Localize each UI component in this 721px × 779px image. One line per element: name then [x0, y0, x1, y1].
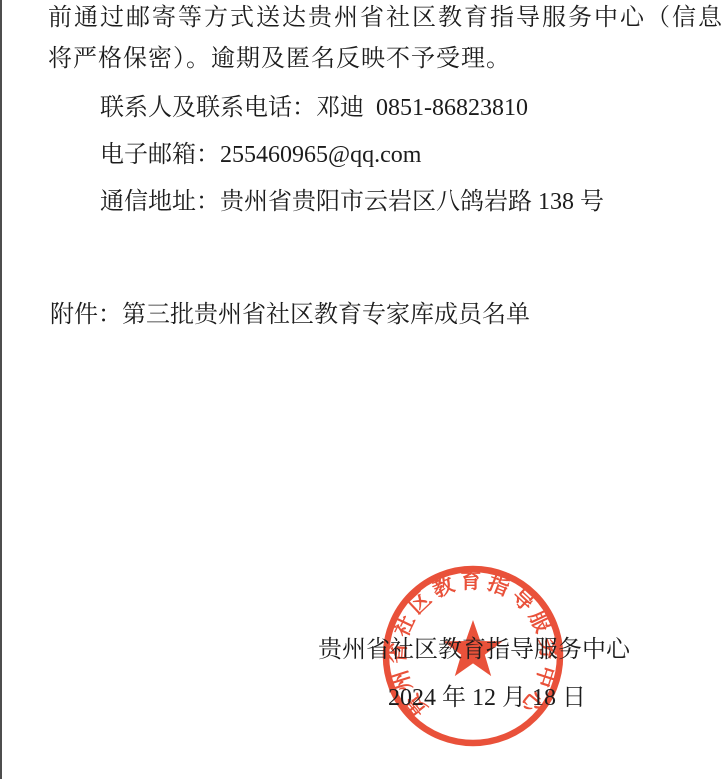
page-edge-line	[0, 0, 2, 779]
signature-date-line: 2024 年 12 月 18 日	[388, 685, 586, 713]
signature-org-line: 贵州省社区教育指导服务中心	[318, 637, 630, 665]
intro-line-2: 将严格保密）。逾期及匿名反映不予受理。	[48, 46, 511, 74]
attachment-line: 附件：第三批贵州省社区教育专家库成员名单	[50, 302, 530, 330]
intro-line-1: 前通过邮寄等方式送达贵州省社区教育指导服务中心（信息	[48, 5, 721, 33]
document-page: 前通过邮寄等方式送达贵州省社区教育指导服务中心（信息 将严格保密）。逾期及匿名反…	[0, 0, 721, 779]
contact-address-line: 通信地址：贵州省贵阳市云岩区八鸽岩路 138 号	[100, 189, 604, 217]
contact-person-phone-line: 联系人及联系电话：邓迪 0851-86823810	[100, 95, 528, 123]
contact-email-line: 电子邮箱：255460965@qq.com	[100, 142, 421, 170]
